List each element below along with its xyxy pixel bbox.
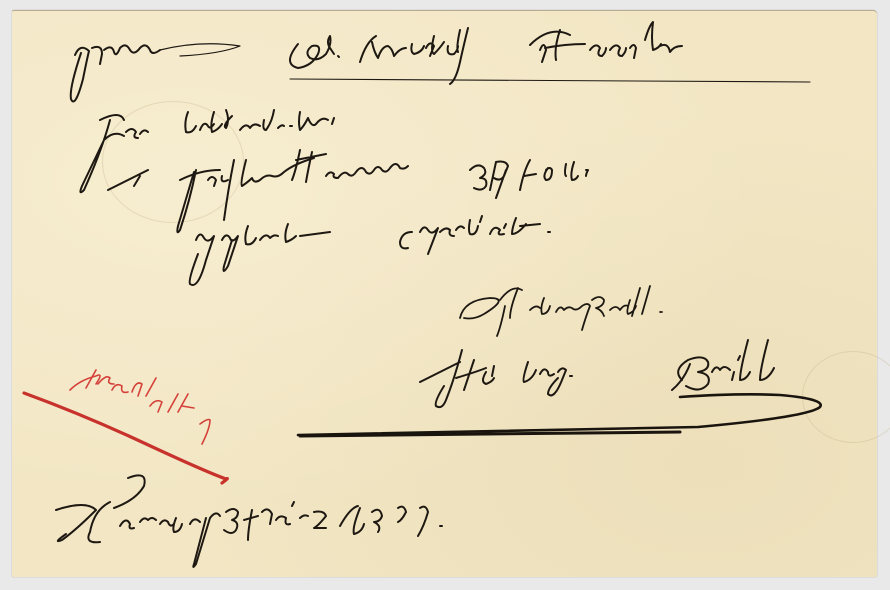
body-line-3: gehabte Qualität. [185,205,468,243]
signature-flourish [298,394,821,435]
address-name: Ad. Merkel, Haardt [161,30,456,65]
closing-text: Achtungsvoll. [455,285,662,320]
address-line: Herrn Ad. Merkel, Haardt [60,30,456,65]
body-line-1: Per bald erbitte: [75,100,324,135]
address-salutation: Herrn [60,30,152,65]
body-line-2: 1 Fäßchen Weißwein 35/40 Lt. [110,150,604,188]
place-date-text: Hornbach 3 März 1899. [40,490,452,530]
signature-text: Ht. Aug. Brill [410,345,652,386]
